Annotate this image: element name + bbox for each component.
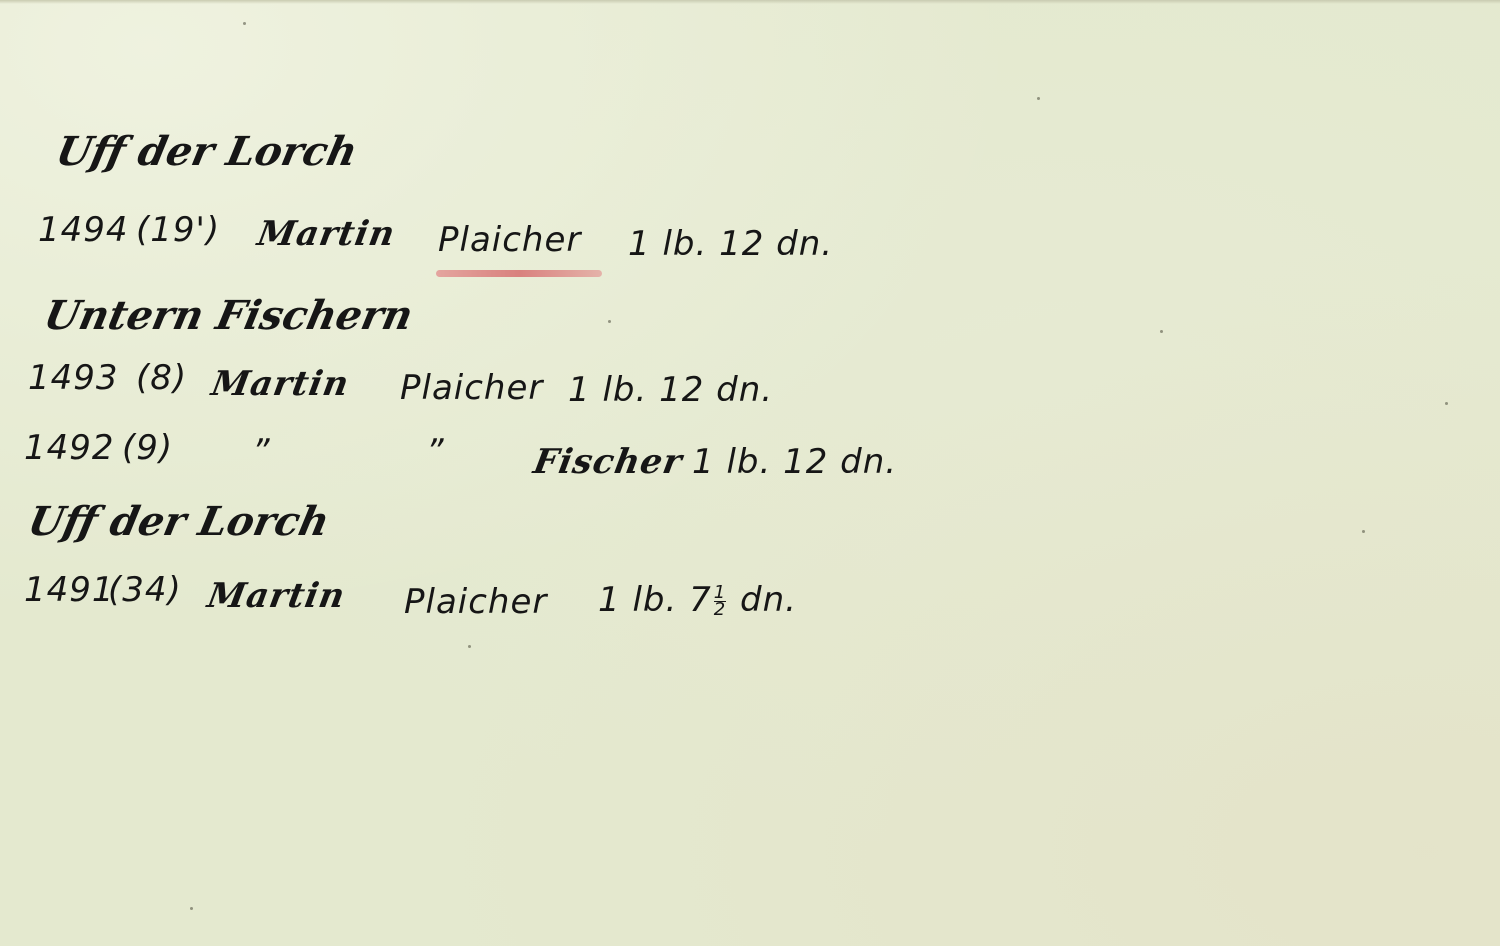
red-underline bbox=[436, 270, 602, 277]
amount-dn-whole: 7 bbox=[689, 580, 712, 620]
paper-speck bbox=[1362, 530, 1365, 533]
ditto-mark: ” bbox=[252, 432, 271, 472]
card-top-edge bbox=[0, 0, 1500, 4]
entry-year: 1494 bbox=[38, 210, 129, 250]
index-card: Uff der Lorch 1494 (19') Martin Plaicher… bbox=[0, 0, 1500, 946]
entry-amount: 1 lb. 12 dn. bbox=[692, 442, 897, 482]
entry-occupation: Fischer bbox=[530, 442, 685, 482]
heading-location-1: Uff der Lorch bbox=[52, 128, 362, 175]
entry-1493: 1493 (8) Martin Plaicher 1 lb. 12 dn. bbox=[28, 358, 928, 418]
entry-ref: (34) bbox=[108, 570, 182, 610]
entry-amount: 1 lb. 12 dn. bbox=[628, 224, 833, 264]
paper-speck bbox=[1160, 330, 1163, 333]
heading-location-3: Uff der Lorch bbox=[24, 498, 334, 545]
paper-speck bbox=[608, 320, 611, 323]
paper-speck bbox=[468, 645, 471, 648]
entry-first-name: Martin bbox=[254, 214, 398, 254]
entry-ref: (8) bbox=[136, 358, 187, 398]
entry-amount: 1 lb. 12 dn. bbox=[568, 370, 773, 410]
entry-1492: 1492 (9) ” ” Fischer 1 lb. 12 dn. bbox=[24, 428, 924, 488]
fraction-half: 12 bbox=[714, 585, 726, 618]
entry-first-name: Martin bbox=[204, 576, 348, 616]
entry-last-name: Plaicher bbox=[438, 220, 581, 260]
entry-year: 1493 bbox=[28, 358, 119, 398]
entry-year: 1491 bbox=[24, 570, 115, 610]
entry-ref: (19') bbox=[136, 210, 220, 250]
entry-amount: 1 lb. 712 dn. bbox=[598, 580, 797, 620]
heading-location-2: Untern Fischern bbox=[40, 292, 417, 339]
entry-1494: 1494 (19') Martin Plaicher 1 lb. 12 dn. bbox=[38, 210, 938, 270]
entry-last-name: Plaicher bbox=[400, 368, 543, 408]
amount-dn-unit: dn. bbox=[740, 580, 797, 620]
entry-first-name: Martin bbox=[208, 364, 352, 404]
paper-speck bbox=[190, 907, 193, 910]
paper-speck bbox=[243, 22, 246, 25]
paper-speck bbox=[1445, 402, 1448, 405]
ditto-mark: ” bbox=[426, 432, 445, 472]
entry-year: 1492 bbox=[24, 428, 115, 468]
entry-ref: (9) bbox=[122, 428, 173, 468]
paper-speck bbox=[1037, 97, 1040, 100]
amount-lb: 1 lb. bbox=[598, 580, 677, 620]
entry-1491: 1491 (34) Martin Plaicher 1 lb. 712 dn. bbox=[24, 570, 924, 640]
entry-last-name: Plaicher bbox=[404, 582, 547, 622]
